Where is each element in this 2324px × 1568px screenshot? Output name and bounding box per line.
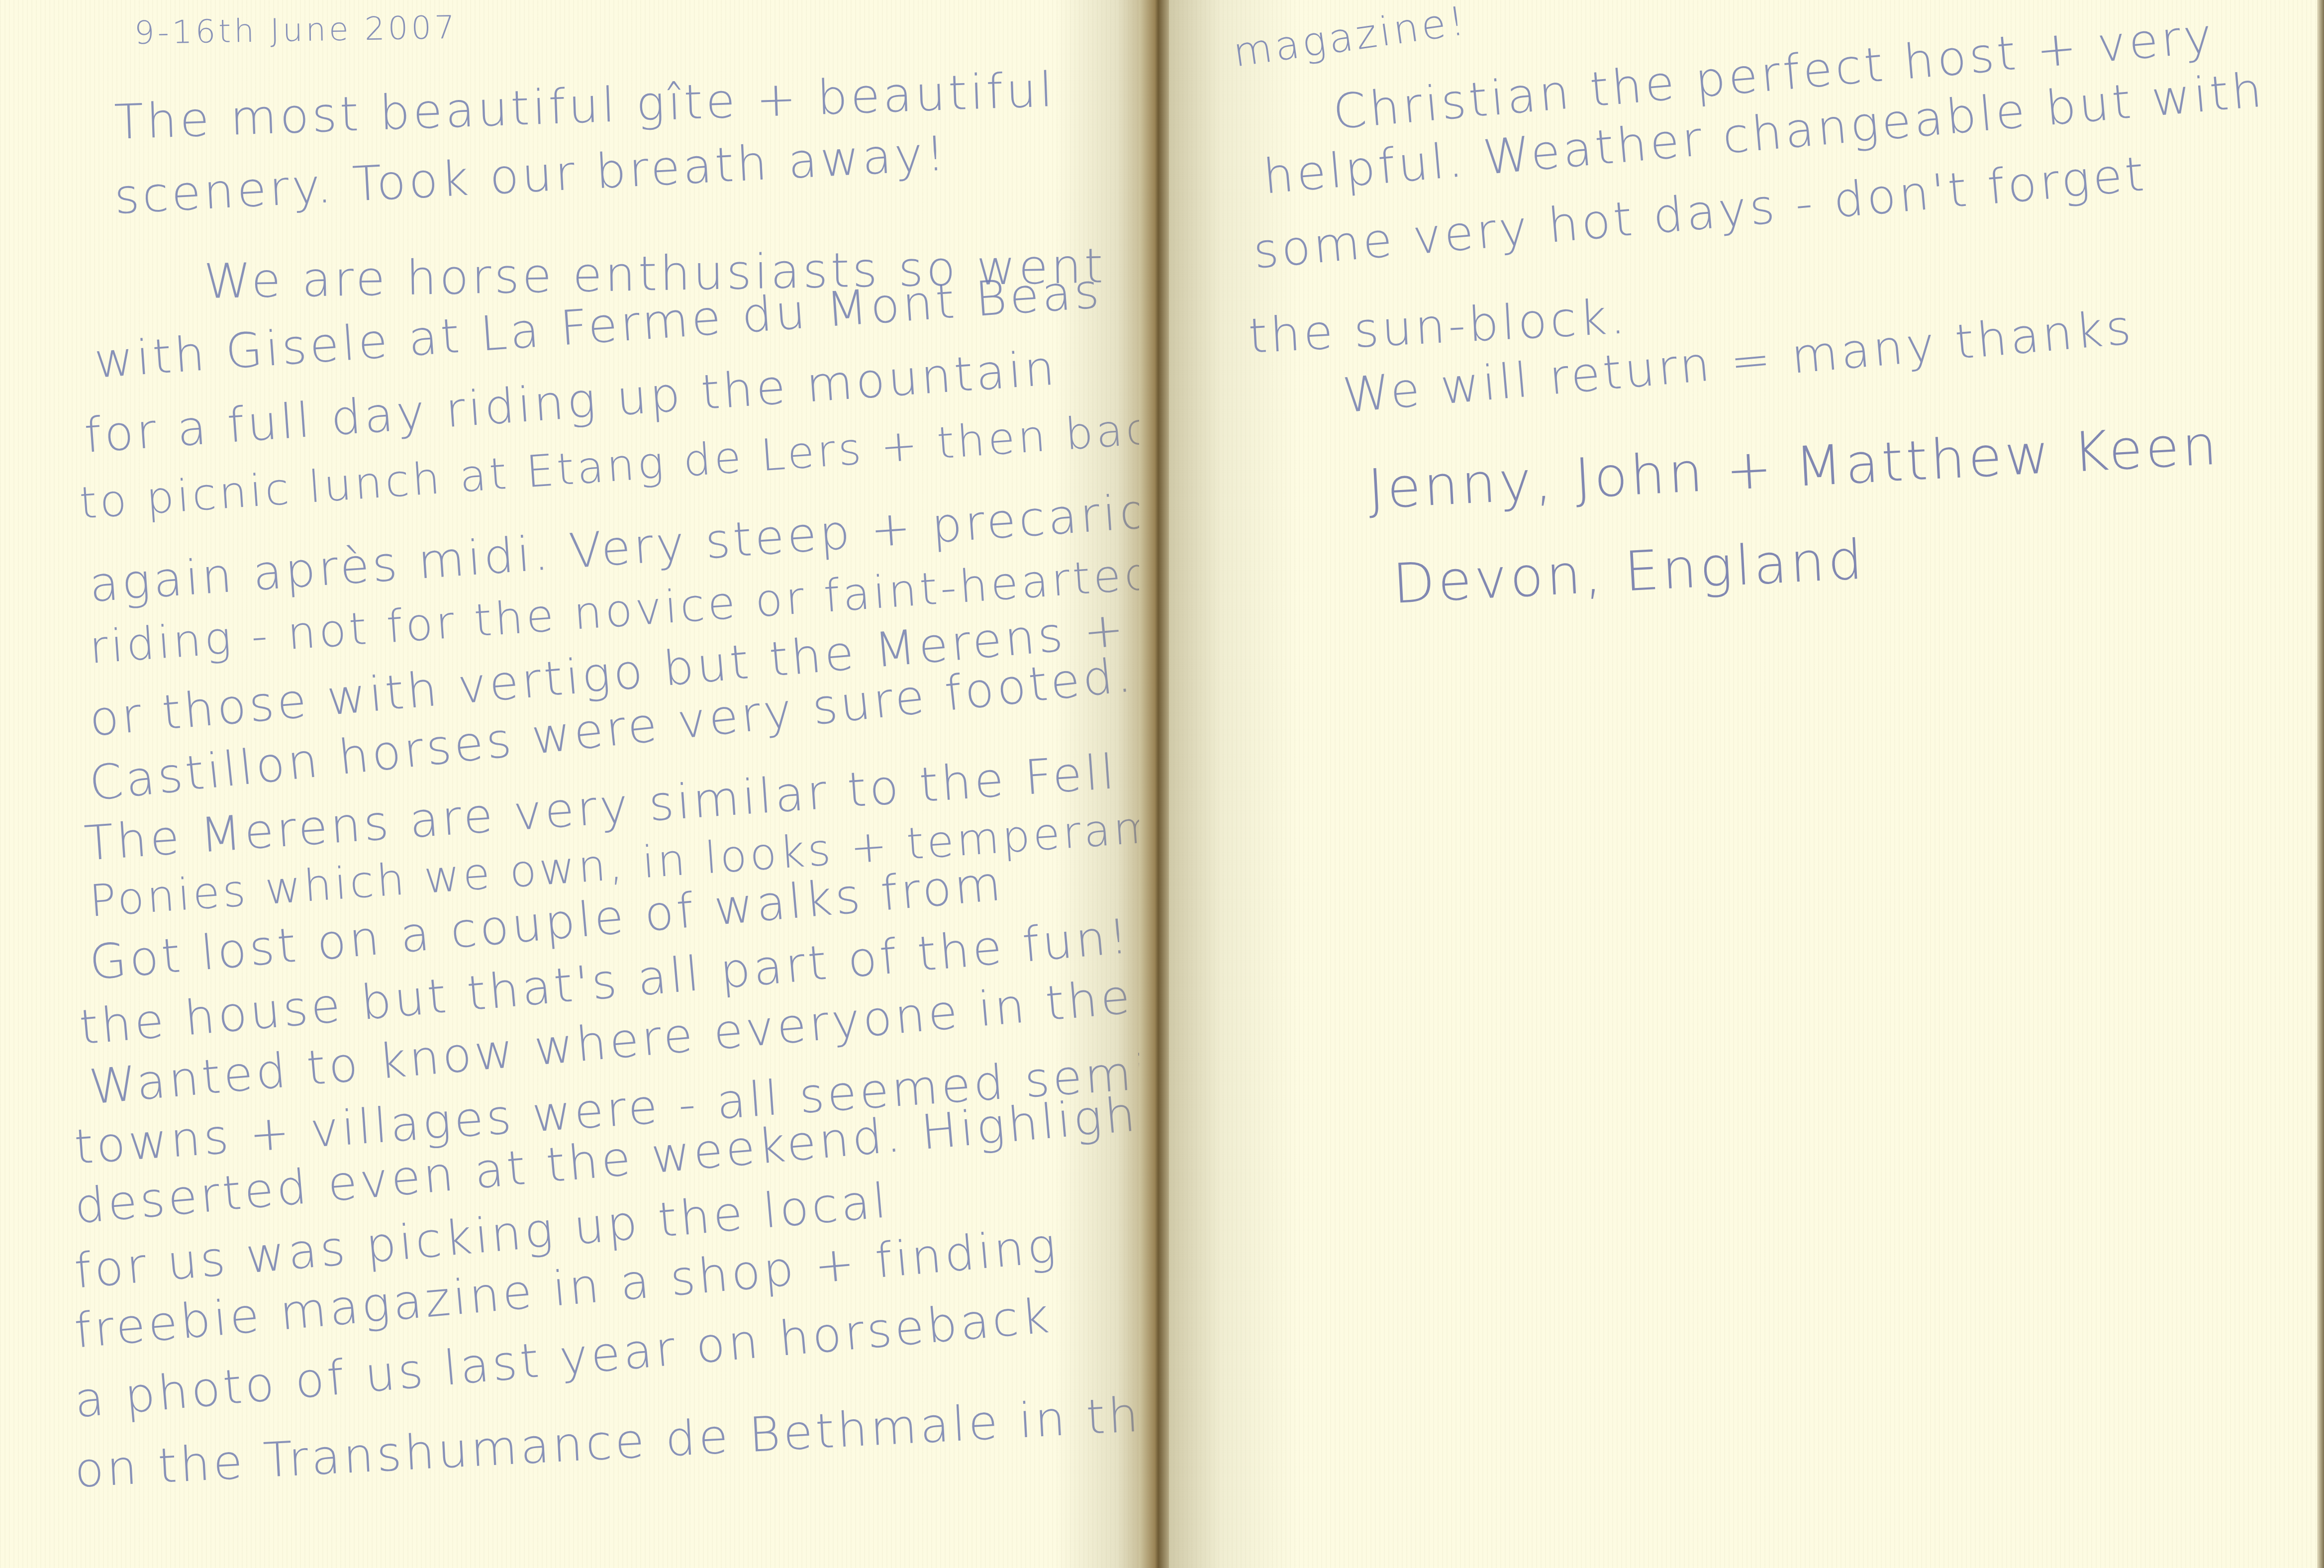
signature-location: Devon, England	[1391, 527, 1867, 616]
right-page: magazine! Christian the perfect host + v…	[1169, 0, 2324, 1568]
right-line-1: magazine!	[1231, 0, 1471, 76]
signature-names: Jenny, John + Matthew Keen	[1366, 413, 2222, 521]
guestbook-spread: 9-16th June 2007 The most beautiful gîte…	[0, 0, 2324, 1568]
entry-date: 9-16th June 2007	[134, 9, 458, 52]
left-page: 9-16th June 2007 The most beautiful gîte…	[0, 0, 1144, 1568]
show-through-text	[1268, 662, 1278, 696]
